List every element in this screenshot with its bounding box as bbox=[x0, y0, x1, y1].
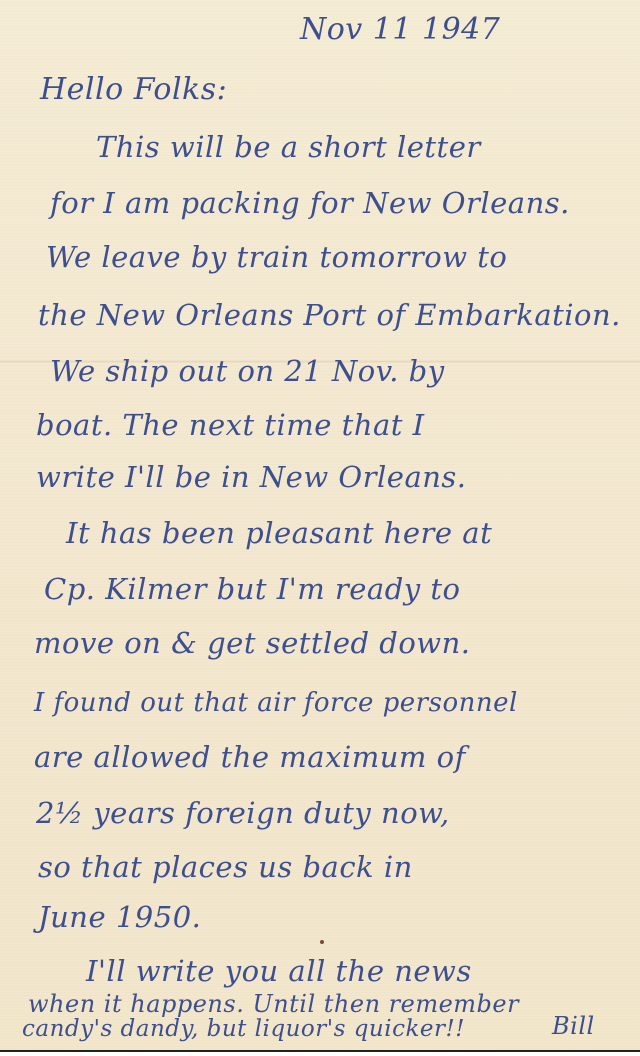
letter-signature: Bill bbox=[552, 1012, 595, 1040]
scan-edge bbox=[0, 1050, 640, 1056]
letter-paper: Nov 11 1947 Hello Folks: This will be a … bbox=[0, 0, 640, 1050]
letter-line: for I am packing for New Orleans. bbox=[50, 186, 570, 220]
letter-line: 2½ years foreign duty now, bbox=[36, 796, 450, 830]
letter-line: It has been pleasant here at bbox=[66, 516, 492, 550]
letter-date: Nov 11 1947 bbox=[300, 12, 500, 47]
letter-line: I found out that air force personnel bbox=[34, 688, 518, 718]
letter-line: We leave by train tomorrow to bbox=[46, 240, 507, 274]
letter-line: the New Orleans Port of Embarkation. bbox=[38, 298, 621, 332]
letter-line: so that places us back in bbox=[38, 850, 413, 884]
letter-line: Cp. Kilmer but I'm ready to bbox=[44, 572, 461, 606]
letter-line: write I'll be in New Orleans. bbox=[36, 460, 467, 494]
letter-line: candy's dandy, but liquor's quicker!! bbox=[22, 1016, 465, 1042]
letter-line: boat. The next time that I bbox=[36, 408, 425, 442]
letter-line: This will be a short letter bbox=[96, 130, 481, 164]
letter-line: I'll write you all the news bbox=[86, 954, 472, 988]
letter-line: when it happens. Until then remember bbox=[28, 990, 519, 1018]
letter-line: are allowed the maximum of bbox=[34, 740, 466, 774]
letter-line: move on & get settled down. bbox=[34, 626, 471, 660]
ink-spot bbox=[320, 940, 324, 944]
letter-salutation: Hello Folks: bbox=[40, 72, 227, 107]
letter-line: June 1950. bbox=[38, 900, 201, 934]
letter-line: We ship out on 21 Nov. by bbox=[50, 354, 445, 388]
